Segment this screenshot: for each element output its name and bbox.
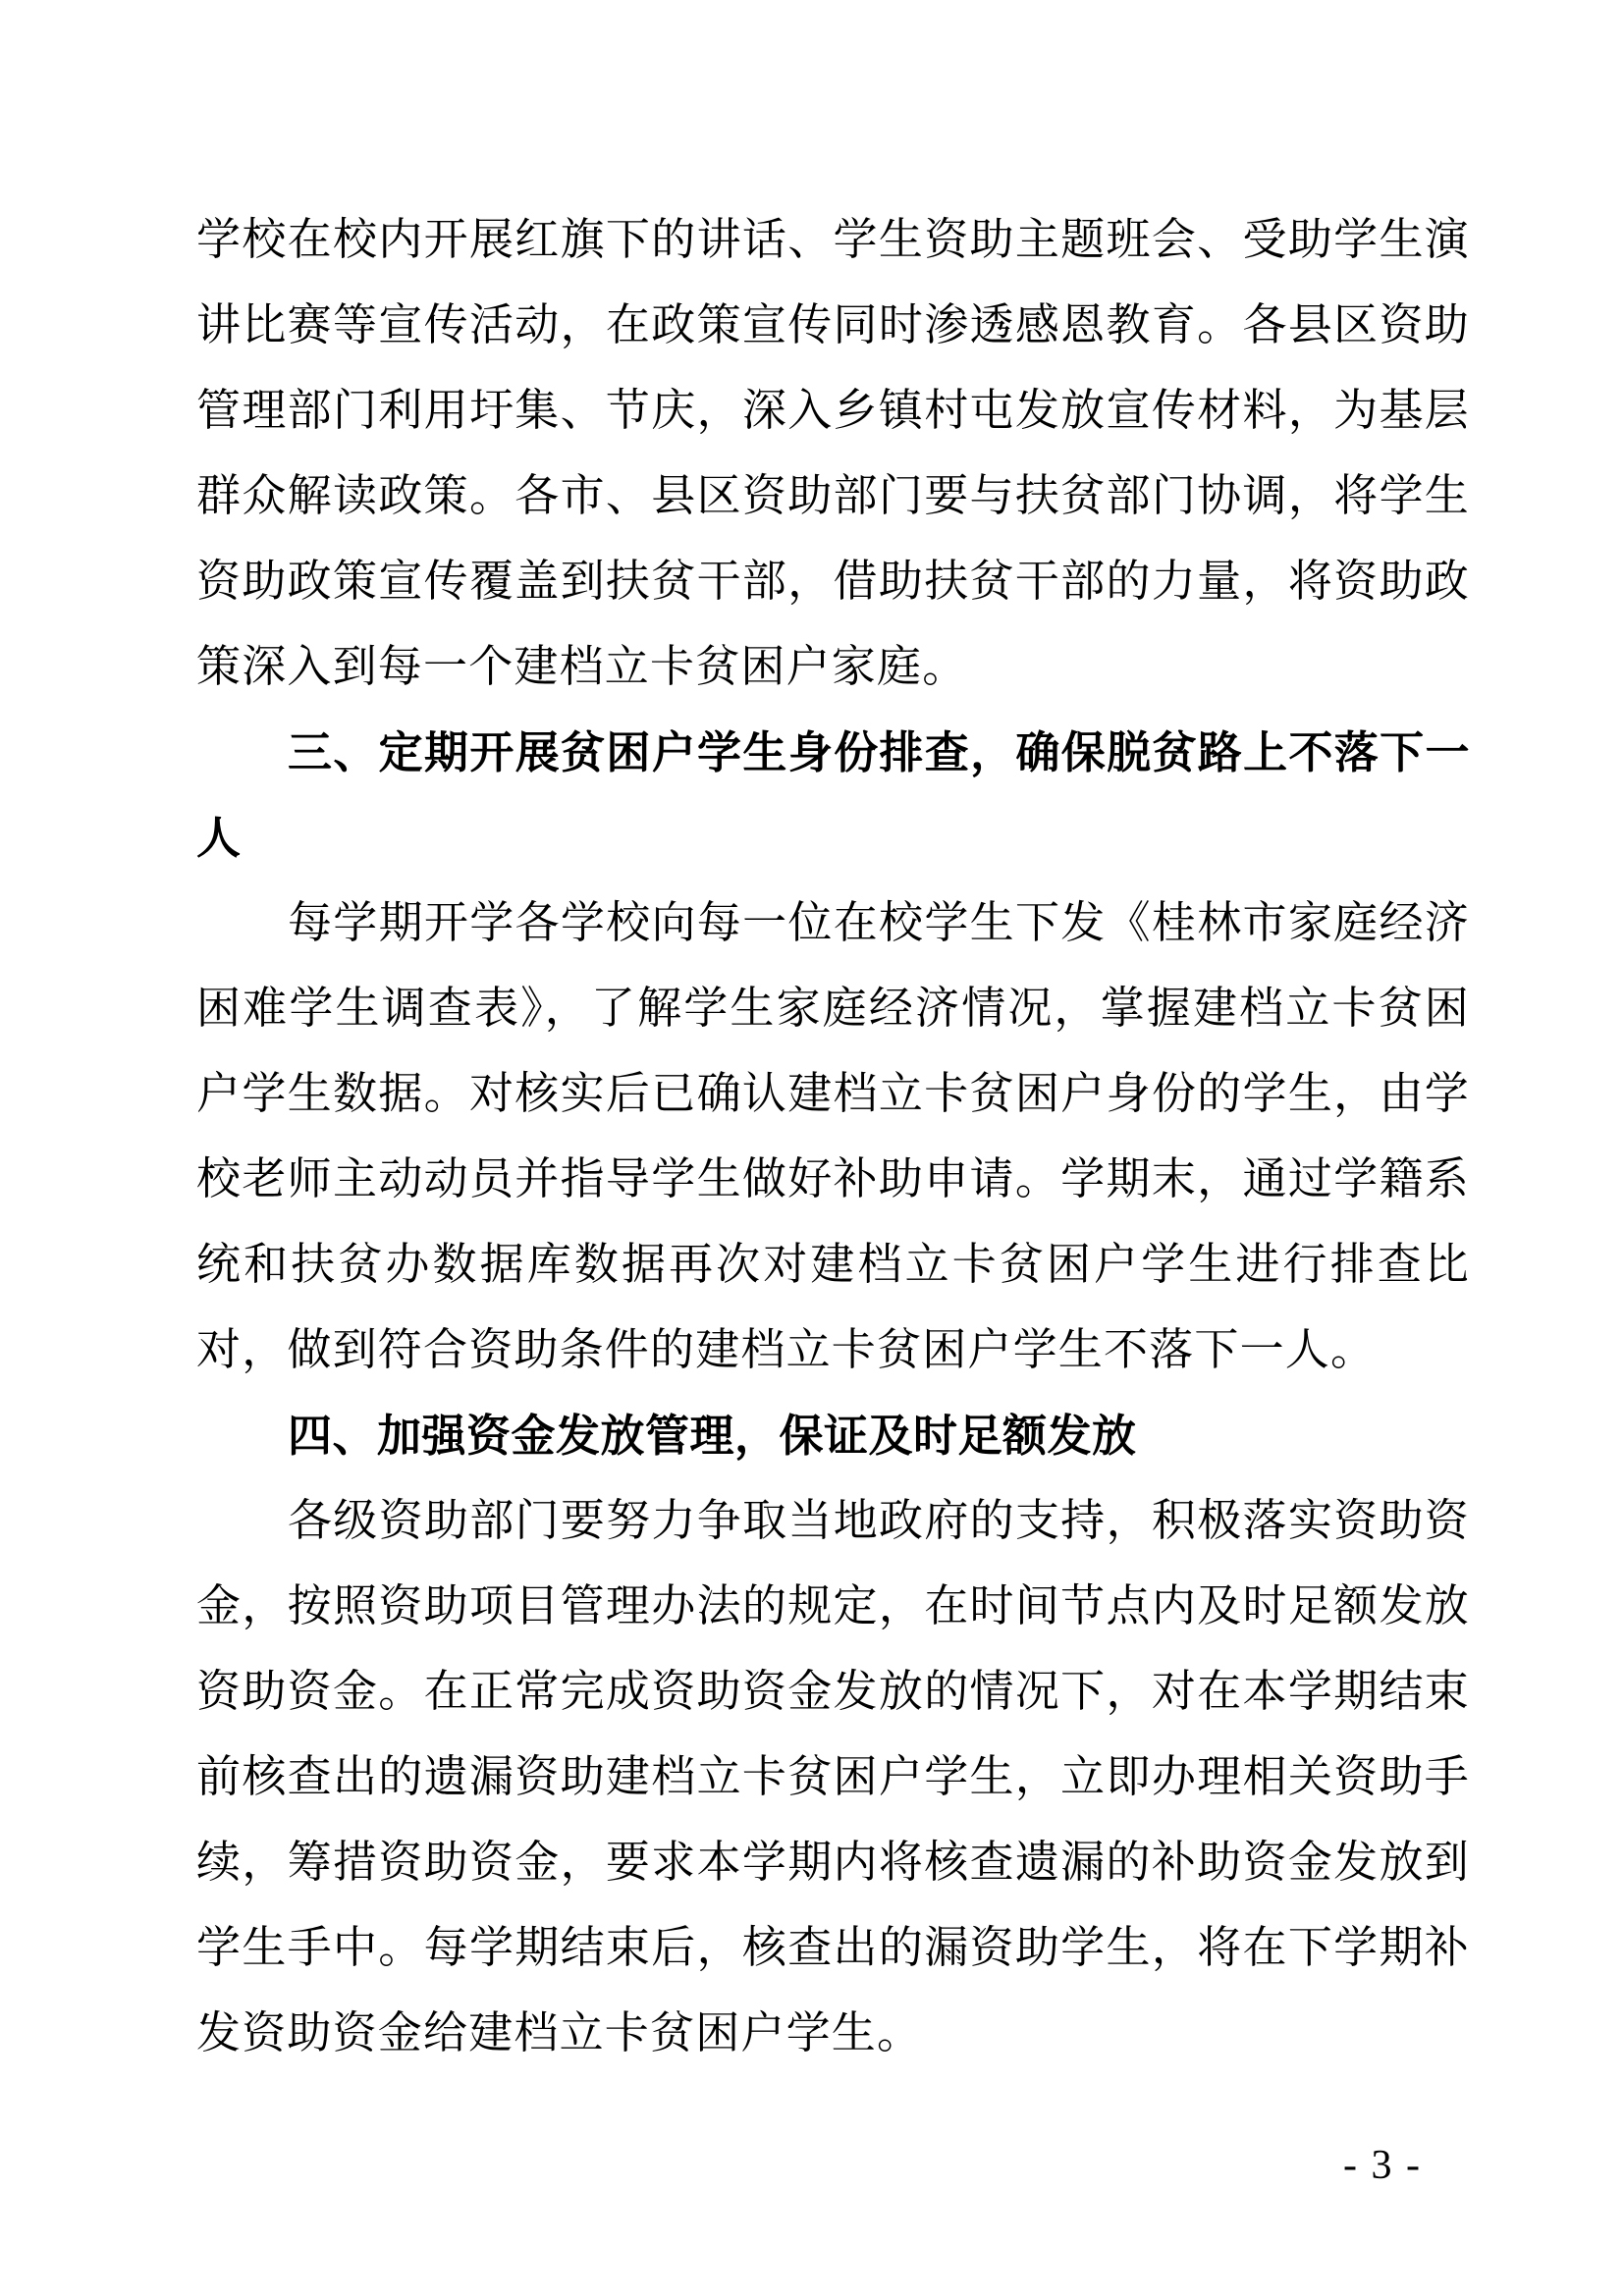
body-line: 发资助资金给建档立卡贫困户学生。 bbox=[196, 1991, 1470, 2076]
section-heading-line: 人 bbox=[196, 795, 1470, 881]
body-line: 管理部门利用圩集、节庆，深入乡镇村屯发放宣传材料，为基层 bbox=[196, 368, 1470, 454]
body-line: 策深入到每一个建档立卡贫困户家庭。 bbox=[196, 624, 1470, 710]
body-line: 金，按照资助项目管理办法的规定，在时间节点内及时足额发放 bbox=[196, 1564, 1470, 1649]
body-line: 每学期开学各学校向每一位在校学生下发《桂林市家庭经济 bbox=[196, 881, 1470, 966]
body-line: 前核查出的遗漏资助建档立卡贫困户学生，立即办理相关资助手 bbox=[196, 1735, 1470, 1820]
body-line: 统和扶贫办数据库数据再次对建档立卡贫困户学生进行排查比 bbox=[196, 1222, 1470, 1308]
body-line: 学校在校内开展红旗下的讲话、学生资助主题班会、受助学生演 bbox=[196, 197, 1470, 283]
body-line: 对，做到符合资助条件的建档立卡贫困户学生不落下一人。 bbox=[196, 1308, 1470, 1393]
body-line: 讲比赛等宣传活动，在政策宣传同时渗透感恩教育。各县区资助 bbox=[196, 283, 1470, 368]
page-number: - 3 - bbox=[1343, 2141, 1422, 2190]
body-line: 困难学生调查表》，了解学生家庭经济情况，掌握建档立卡贫困 bbox=[196, 966, 1470, 1051]
document-text-block: 学校在校内开展红旗下的讲话、学生资助主题班会、受助学生演 讲比赛等宣传活动，在政… bbox=[196, 197, 1470, 2076]
body-line: 续，筹措资助资金，要求本学期内将核查遗漏的补助资金发放到 bbox=[196, 1820, 1470, 1905]
body-line: 资助政策宣传覆盖到扶贫干部，借助扶贫干部的力量，将资助政 bbox=[196, 539, 1470, 624]
body-line: 资助资金。在正常完成资助资金发放的情况下，对在本学期结束 bbox=[196, 1649, 1470, 1735]
body-line: 各级资助部门要努力争取当地政府的支持，积极落实资助资 bbox=[196, 1478, 1470, 1564]
body-line: 户学生数据。对核实后已确认建档立卡贫困户身份的学生，由学 bbox=[196, 1051, 1470, 1137]
document-page: 学校在校内开展红旗下的讲话、学生资助主题班会、受助学生演 讲比赛等宣传活动，在政… bbox=[0, 0, 1624, 2296]
body-line: 学生手中。每学期结束后，核查出的漏资助学生，将在下学期补 bbox=[196, 1905, 1470, 1991]
body-line: 群众解读政策。各市、县区资助部门要与扶贫部门协调，将学生 bbox=[196, 454, 1470, 539]
section-heading-line: 三、定期开展贫困户学生身份排查，确保脱贫路上不落下一 bbox=[196, 710, 1470, 795]
body-line: 校老师主动动员并指导学生做好补助申请。学期末，通过学籍系 bbox=[196, 1137, 1470, 1222]
section-heading-line: 四、加强资金发放管理，保证及时足额发放 bbox=[196, 1393, 1470, 1478]
